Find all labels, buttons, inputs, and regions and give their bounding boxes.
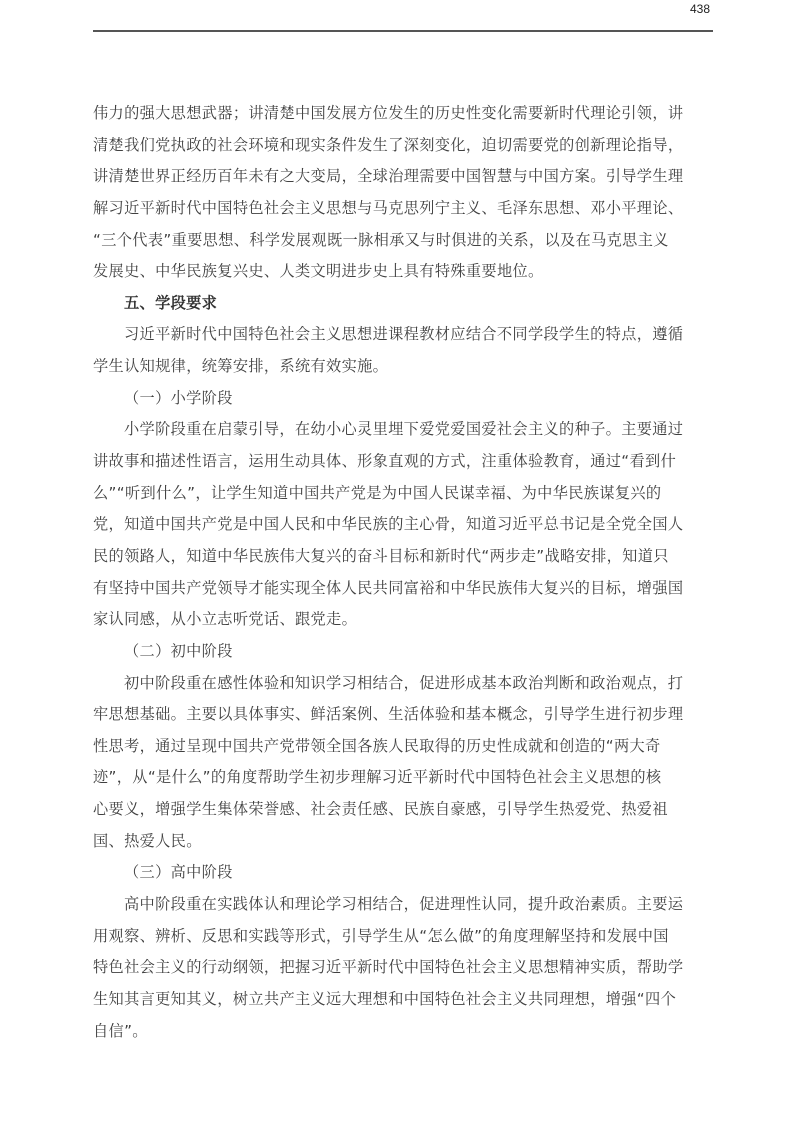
text-line: 么”“听到什么”，让学生知道中国共产党是为中国人民谋幸福、为中华民族谋复兴的 bbox=[93, 478, 713, 510]
text-line: 党，知道中国共产党是中国人民和中华民族的主心骨，知道习近平总书记是全党全国人 bbox=[93, 509, 713, 541]
paragraph-first-line: 高中阶段重在实践体认和理论学习相结合，促进理性认同，提升政治素质。主要运 bbox=[93, 889, 713, 921]
text-line: 讲故事和描述性语言，运用生动具体、形象直观的方式，注重体验教育，通过“看到什 bbox=[93, 446, 713, 478]
text-line: 家认同感，从小立志听党话、跟党走。 bbox=[93, 604, 713, 636]
subheading-junior-high: （二）初中阶段 bbox=[93, 636, 713, 668]
paragraph-first-line: 小学阶段重在启蒙引导，在幼小心灵里埋下爱党爱国爱社会主义的种子。主要通过 bbox=[93, 414, 713, 446]
section-heading-five: 五、学段要求 bbox=[93, 288, 713, 320]
text-line: 讲清楚世界正经历百年未有之大变局，全球治理需要中国智慧与中国方案。引导学生理 bbox=[93, 161, 713, 193]
text-line: 特色社会主义的行动纲领，把握习近平新时代中国特色社会主义思想精神实质，帮助学 bbox=[93, 952, 713, 984]
text-line: 生知其言更知其义，树立共产主义远大理想和中国特色社会主义共同理想，增强“四个 bbox=[93, 984, 713, 1016]
paragraph-first-line: 初中阶段重在感性体验和知识学习相结合，促进形成基本政治判断和政治观点，打 bbox=[93, 668, 713, 700]
header-rule bbox=[93, 30, 713, 32]
text-line: 用观察、辨析、反思和实践等形式，引导学生从“怎么做”的角度理解坚持和发展中国 bbox=[93, 921, 713, 953]
page-number: 438 bbox=[690, 2, 710, 16]
text-line: 学生认知规律，统筹安排，系统有效实施。 bbox=[93, 351, 713, 383]
text-line: 国、热爱人民。 bbox=[93, 826, 713, 858]
text-line: 发展史、中华民族复兴史、人类文明进步史上具有特殊重要地位。 bbox=[93, 256, 713, 288]
text-line: 解习近平新时代中国特色社会主义思想与马克思列宁主义、毛泽东思想、邓小平理论、 bbox=[93, 193, 713, 225]
text-line: 清楚我们党执政的社会环境和现实条件发生了深刻变化，迫切需要党的创新理论指导， bbox=[93, 130, 713, 162]
text-line: 性思考，通过呈现中国共产党带领全国各族人民取得的历史性成就和创造的“两大奇 bbox=[93, 731, 713, 763]
subheading-primary-school: （一）小学阶段 bbox=[93, 383, 713, 415]
text-line: 自信”。 bbox=[93, 1016, 713, 1048]
text-line: “三个代表”重要思想、科学发展观既一脉相承又与时俱进的关系，以及在马克思主义 bbox=[93, 225, 713, 257]
document-body: 伟力的强大思想武器；讲清楚中国发展方位发生的历史性变化需要新时代理论引领，讲 清… bbox=[93, 98, 713, 1047]
subheading-senior-high: （三）高中阶段 bbox=[93, 857, 713, 889]
text-line: 心要义，增强学生集体荣誉感、社会责任感、民族自豪感，引导学生热爱党、热爱祖 bbox=[93, 794, 713, 826]
text-line: 迹”，从“是什么”的角度帮助学生初步理解习近平新时代中国特色社会主义思想的核 bbox=[93, 762, 713, 794]
text-line: 有坚持中国共产党领导才能实现全体人民共同富裕和中华民族伟大复兴的目标，增强国 bbox=[93, 573, 713, 605]
text-line: 伟力的强大思想武器；讲清楚中国发展方位发生的历史性变化需要新时代理论引领，讲 bbox=[93, 98, 713, 130]
text-line: 牢思想基础。主要以具体事实、鲜活案例、生活体验和基本概念，引导学生进行初步理 bbox=[93, 699, 713, 731]
text-line: 民的领路人，知道中华民族伟大复兴的奋斗目标和新时代“两步走”战略安排，知道只 bbox=[93, 541, 713, 573]
paragraph-first-line: 习近平新时代中国特色社会主义思想进课程教材应结合不同学段学生的特点，遵循 bbox=[93, 319, 713, 351]
